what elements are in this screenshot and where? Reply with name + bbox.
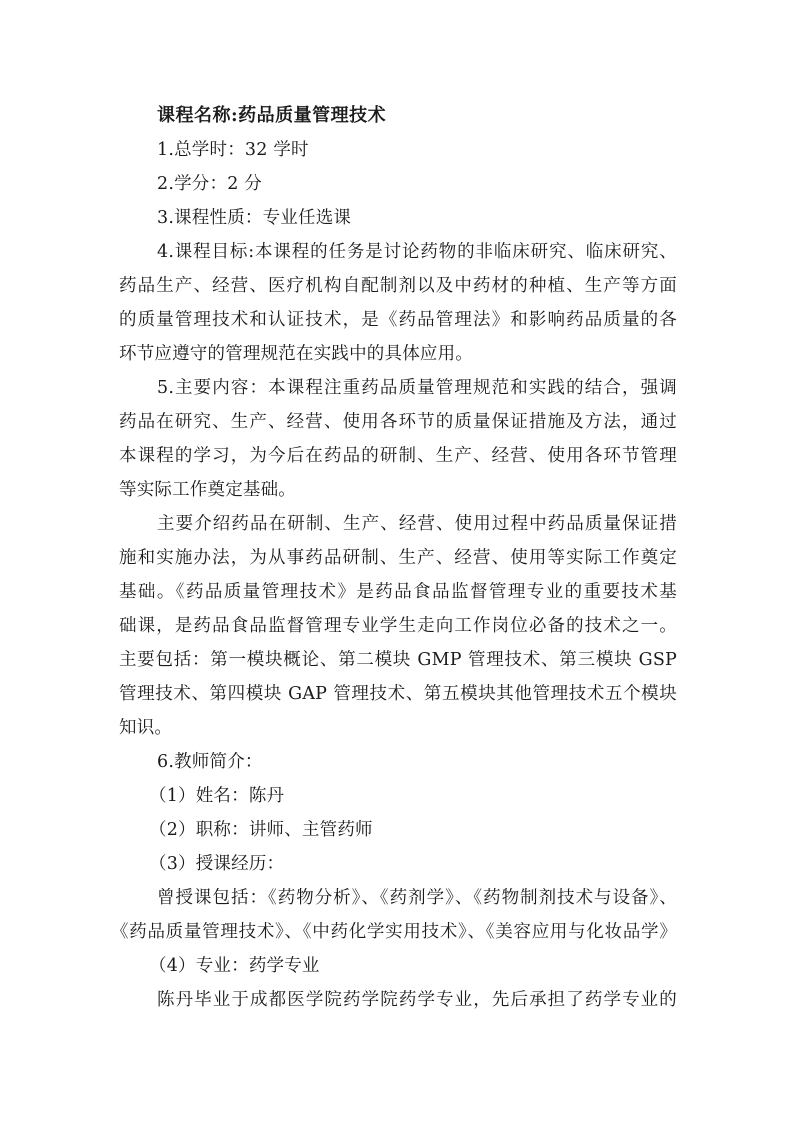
teacher-experience-line: 《药品质量管理技术》、《中药化学实用技术》、《美容应用与化妆品学》: [111, 915, 677, 949]
intro-line: 主要包括：第一模块概论、第二模块 GMP 管理技术、第三模块 GSP: [119, 643, 677, 677]
teacher-bio: 陈丹毕业于成都医学院药学院药学专业，先后承担了药学专业的: [119, 983, 677, 1017]
intro-line: 施和实施办法，为从事药品研制、生产、经营、使用等实际工作奠定: [119, 541, 677, 575]
content-line: 本课程的学习，为今后在药品的研制、生产、经营、使用各环节管理: [119, 439, 677, 473]
intro-line: 础课，是药品食品监督管理专业学生走向工作岗位必备的技术之一。: [119, 609, 677, 643]
intro-line: 基础。《药品质量管理技术》是药品食品监督管理专业的重要技术基: [119, 575, 677, 609]
intro-line: 知识。: [119, 711, 677, 745]
total-hours: 1.总学时：32 学时: [119, 133, 677, 167]
teacher-heading: 6.教师简介：: [119, 745, 677, 779]
content-line: 5.主要内容：本课程注重药品质量管理规范和实践的结合，强调: [119, 371, 677, 405]
content-line: 等实际工作奠定基础。: [119, 473, 677, 507]
intro-line: 管理技术、第四模块 GAP 管理技术、第五模块其他管理技术五个模块: [119, 677, 677, 711]
teacher-name: （1）姓名：陈丹: [119, 779, 677, 813]
teacher-experience-heading: （3）授课经历：: [119, 847, 677, 881]
teacher-experience-line: 曾授课包括：《药物分析》、《药剂学》、《药物制剂技术与设备》、: [119, 881, 677, 915]
course-title: 课程名称:药品质量管理技术: [119, 99, 677, 133]
teacher-title: （2）职称：讲师、主管药师: [119, 813, 677, 847]
objective-line: 的质量管理技术和认证技术，是《药品管理法》和影响药品质量的各: [119, 303, 677, 337]
objective-line: 4.课程目标:本课程的任务是讨论药物的非临床研究、临床研究、: [119, 235, 677, 269]
document-page: 课程名称:药品质量管理技术 1.总学时：32 学时 2.学分：2 分 3.课程性…: [119, 99, 677, 1017]
objective-line: 环节应遵守的管理规范在实践中的具体应用。: [119, 337, 677, 371]
teacher-major: （4）专业：药学专业: [119, 949, 677, 983]
content-line: 药品在研究、生产、经营、使用各环节的质量保证措施及方法，通过: [119, 405, 677, 439]
objective-line: 药品生产、经营、医疗机构自配制剂以及中药材的种植、生产等方面: [119, 269, 677, 303]
course-nature: 3.课程性质：专业任选课: [119, 201, 677, 235]
credits: 2.学分：2 分: [119, 167, 677, 201]
intro-line: 主要介绍药品在研制、生产、经营、使用过程中药品质量保证措: [119, 507, 677, 541]
